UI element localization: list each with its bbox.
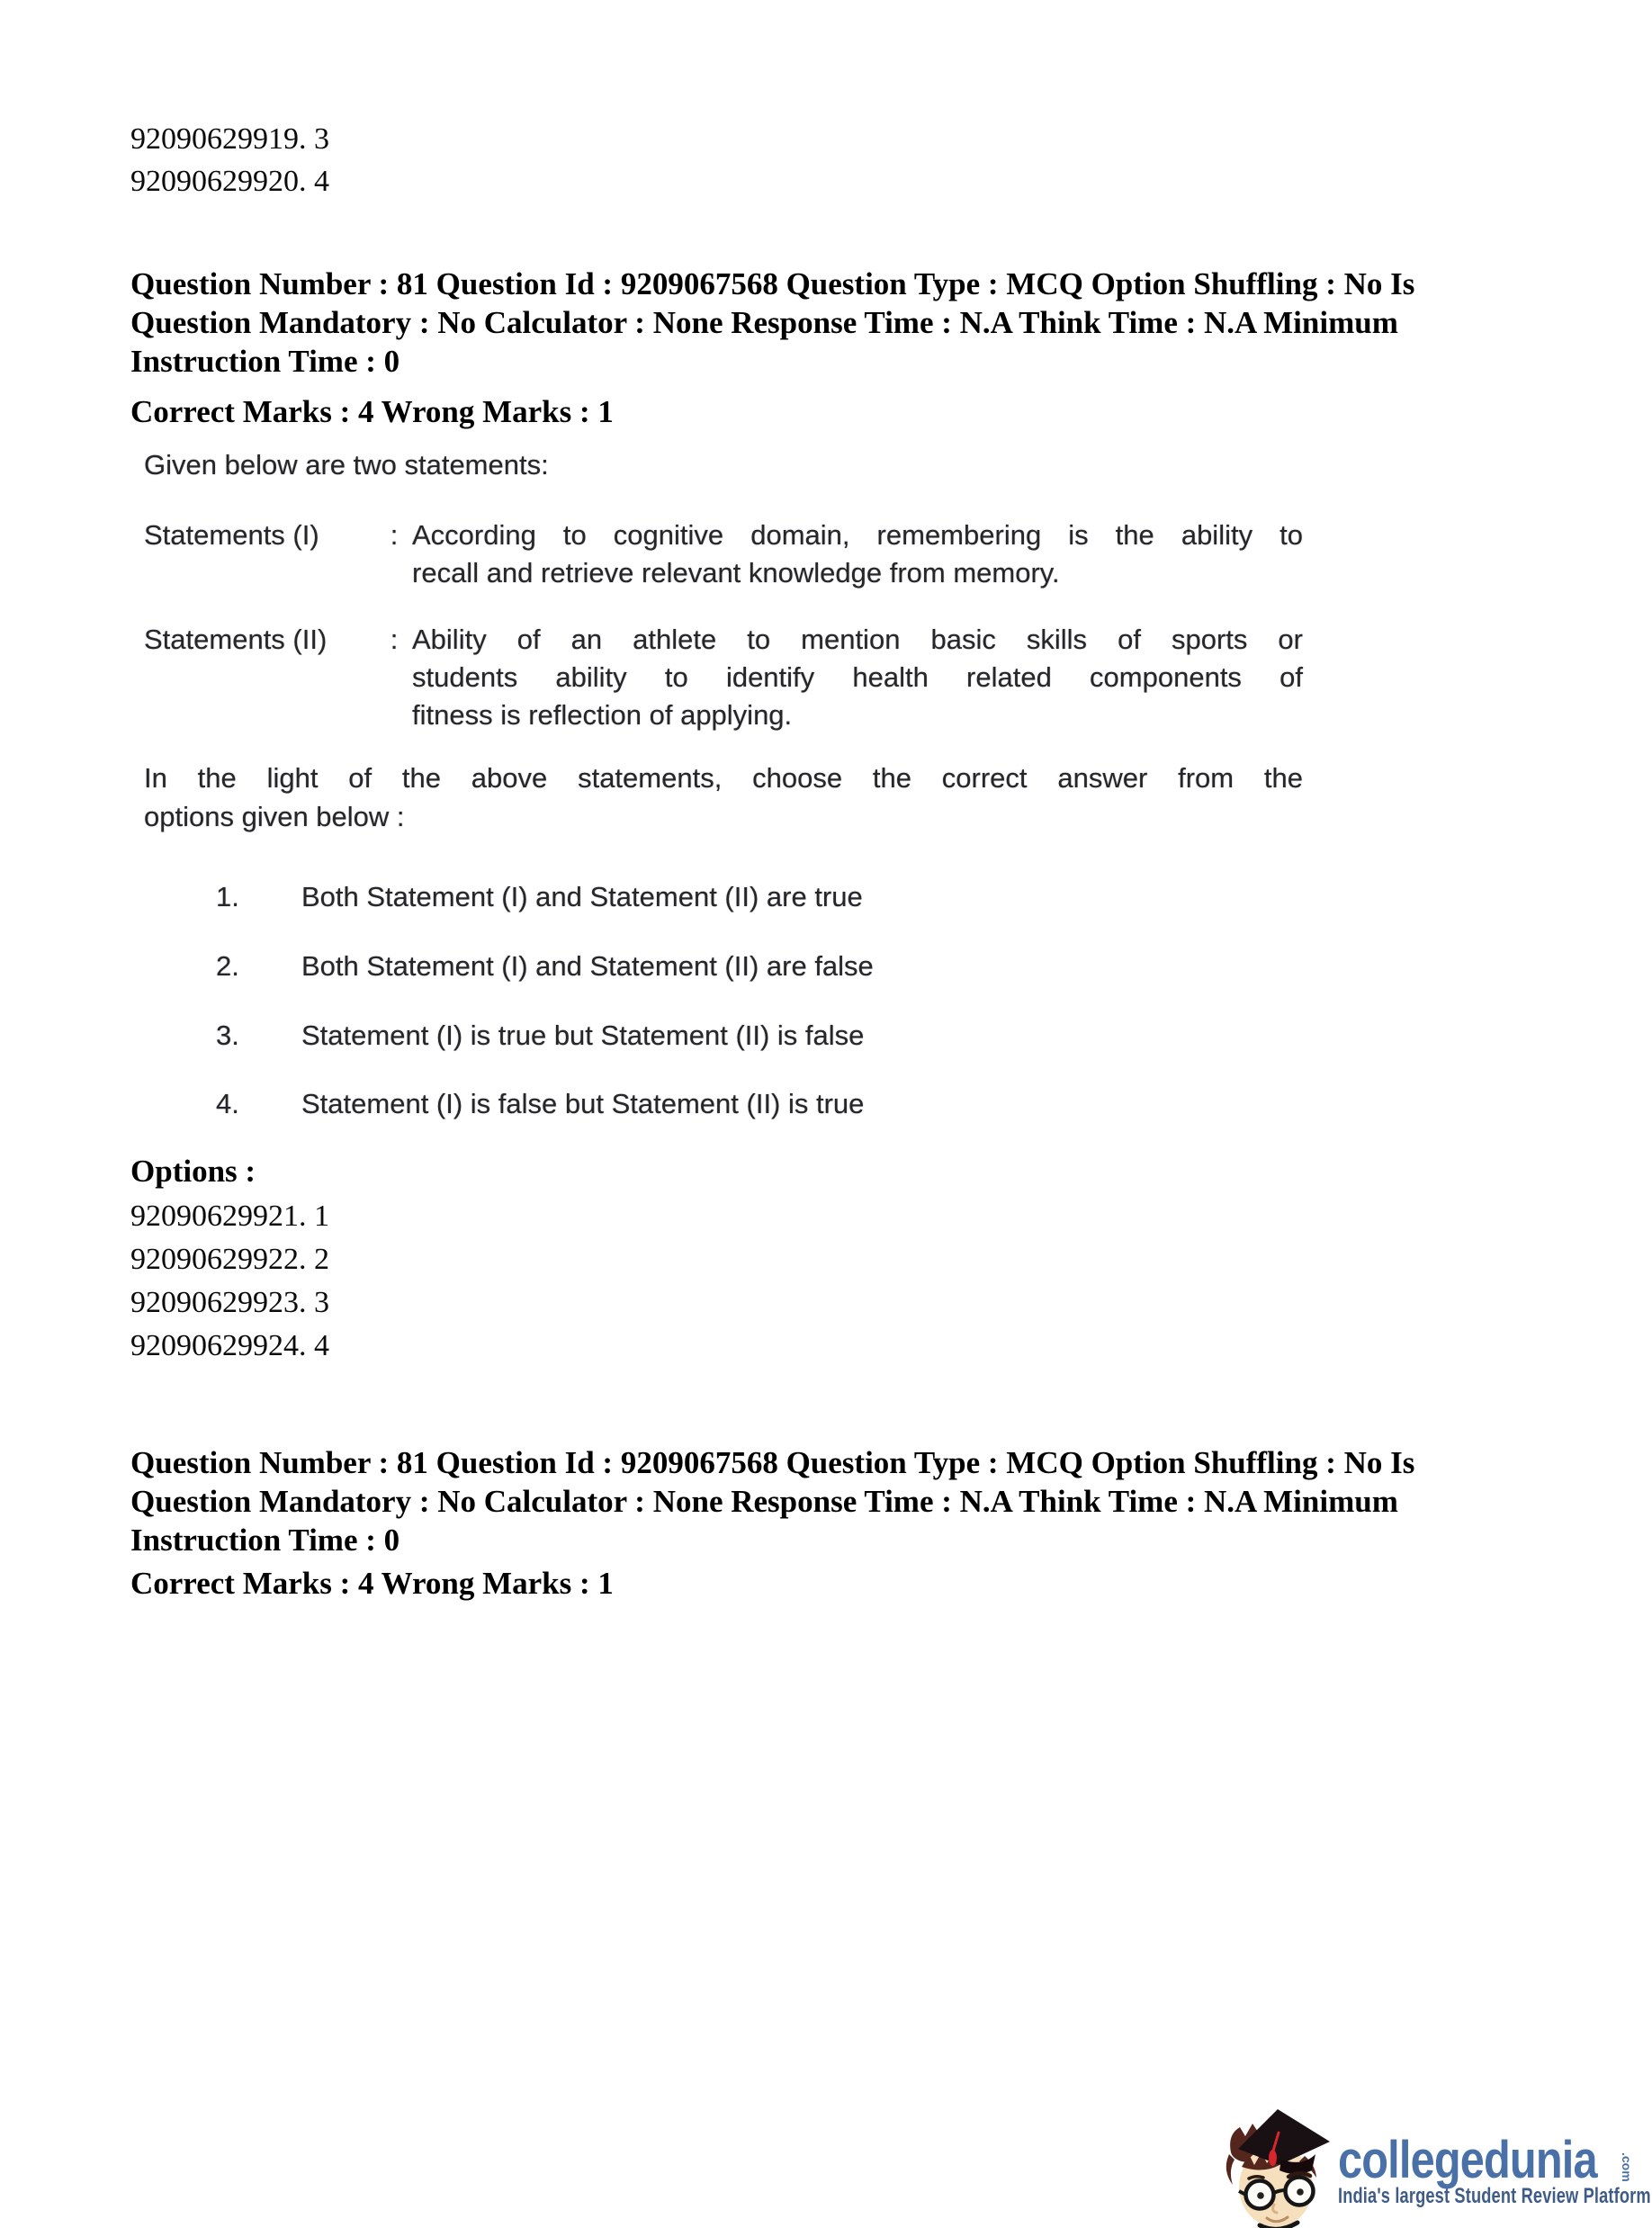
statement-text-line: According to cognitive domain, rememberi… bbox=[412, 517, 1303, 554]
brand-wordmark: collegedunia bbox=[1338, 2130, 1597, 2190]
question-meta-block: Question Number : 81 Question Id : 92090… bbox=[130, 265, 1414, 381]
question-meta-line: Question Mandatory : No Calculator : Non… bbox=[130, 1482, 1414, 1521]
marks-line: Correct Marks : 4 Wrong Marks : 1 bbox=[130, 392, 614, 431]
marks-line: Correct Marks : 4 Wrong Marks : 1 bbox=[130, 1564, 614, 1603]
statement-separator: : bbox=[376, 517, 412, 554]
statement-text-line: Ability of an athlete to mention basic s… bbox=[412, 621, 1303, 659]
statement-label: Statements (II) bbox=[144, 621, 376, 659]
question-meta-line: Question Mandatory : No Calculator : Non… bbox=[130, 303, 1414, 342]
choice-text: Statement (I) is false but Statement (II… bbox=[301, 1085, 864, 1123]
option-id-line: 92090629922. 2 bbox=[130, 1238, 329, 1281]
statement-row-1: Statements (I) : According to cognitive … bbox=[144, 517, 1303, 592]
prev-option-id-line: 92090629920. 4 bbox=[130, 160, 329, 202]
statement-text: Ability of an athlete to mention basic s… bbox=[412, 621, 1303, 734]
options-label: Options : bbox=[130, 1152, 256, 1190]
question-closing-line: In the light of the above statements, ch… bbox=[144, 759, 1303, 797]
options-id-list: 92090629921. 1 92090629922. 2 9209062992… bbox=[130, 1195, 329, 1368]
option-id-line: 92090629921. 1 bbox=[130, 1195, 329, 1238]
question-intro: Given below are two statements: bbox=[144, 446, 549, 484]
statement-row-2: Statements (II) : Ability of an athlete … bbox=[144, 621, 1303, 734]
question-meta-line: Instruction Time : 0 bbox=[130, 342, 1414, 381]
question-meta-block-repeat: Question Number : 81 Question Id : 92090… bbox=[130, 1443, 1414, 1559]
statement-label: Statements (I) bbox=[144, 517, 376, 554]
choice-number: 2. bbox=[216, 948, 239, 985]
exam-paper-page: 92090629919. 3 92090629920. 4 Question N… bbox=[0, 0, 1652, 2228]
question-closing-line: options given below : bbox=[144, 797, 1303, 836]
question-meta-line: Question Number : 81 Question Id : 92090… bbox=[130, 265, 1414, 303]
choice-row-1: 1. Both Statement (I) and Statement (II)… bbox=[144, 878, 1305, 916]
question-meta-line: Instruction Time : 0 bbox=[130, 1521, 1414, 1559]
brand-suffix: .com bbox=[1620, 2152, 1634, 2182]
option-id-line: 92090629924. 4 bbox=[130, 1325, 329, 1368]
statement-separator: : bbox=[376, 621, 412, 659]
choice-text: Both Statement (I) and Statement (II) ar… bbox=[301, 948, 874, 985]
question-closing: In the light of the above statements, ch… bbox=[144, 759, 1303, 836]
brand-tagline: India's largest Student Review Platform bbox=[1338, 2184, 1651, 2209]
choice-row-3: 3. Statement (I) is true but Statement (… bbox=[144, 1017, 1305, 1055]
choice-number: 4. bbox=[216, 1085, 239, 1123]
statement-text-line: recall and retrieve relevant knowledge f… bbox=[412, 554, 1303, 592]
option-id-line: 92090629923. 3 bbox=[130, 1281, 329, 1325]
choice-text: Statement (I) is true but Statement (II)… bbox=[301, 1017, 864, 1055]
choice-number: 1. bbox=[216, 878, 239, 916]
collegedunia-mascot-icon bbox=[1222, 2102, 1334, 2228]
statement-text-line: fitness is reflection of applying. bbox=[412, 696, 1303, 734]
question-meta-line: Question Number : 81 Question Id : 92090… bbox=[130, 1443, 1414, 1482]
choice-row-2: 2. Both Statement (I) and Statement (II)… bbox=[144, 948, 1305, 985]
statement-text: According to cognitive domain, rememberi… bbox=[412, 517, 1303, 592]
choice-row-4: 4. Statement (I) is false but Statement … bbox=[144, 1085, 1305, 1123]
statement-text-line: students ability to identify health rela… bbox=[412, 659, 1303, 696]
prev-option-id-line: 92090629919. 3 bbox=[130, 118, 329, 160]
choice-text: Both Statement (I) and Statement (II) ar… bbox=[301, 878, 863, 916]
choice-number: 3. bbox=[216, 1017, 239, 1055]
